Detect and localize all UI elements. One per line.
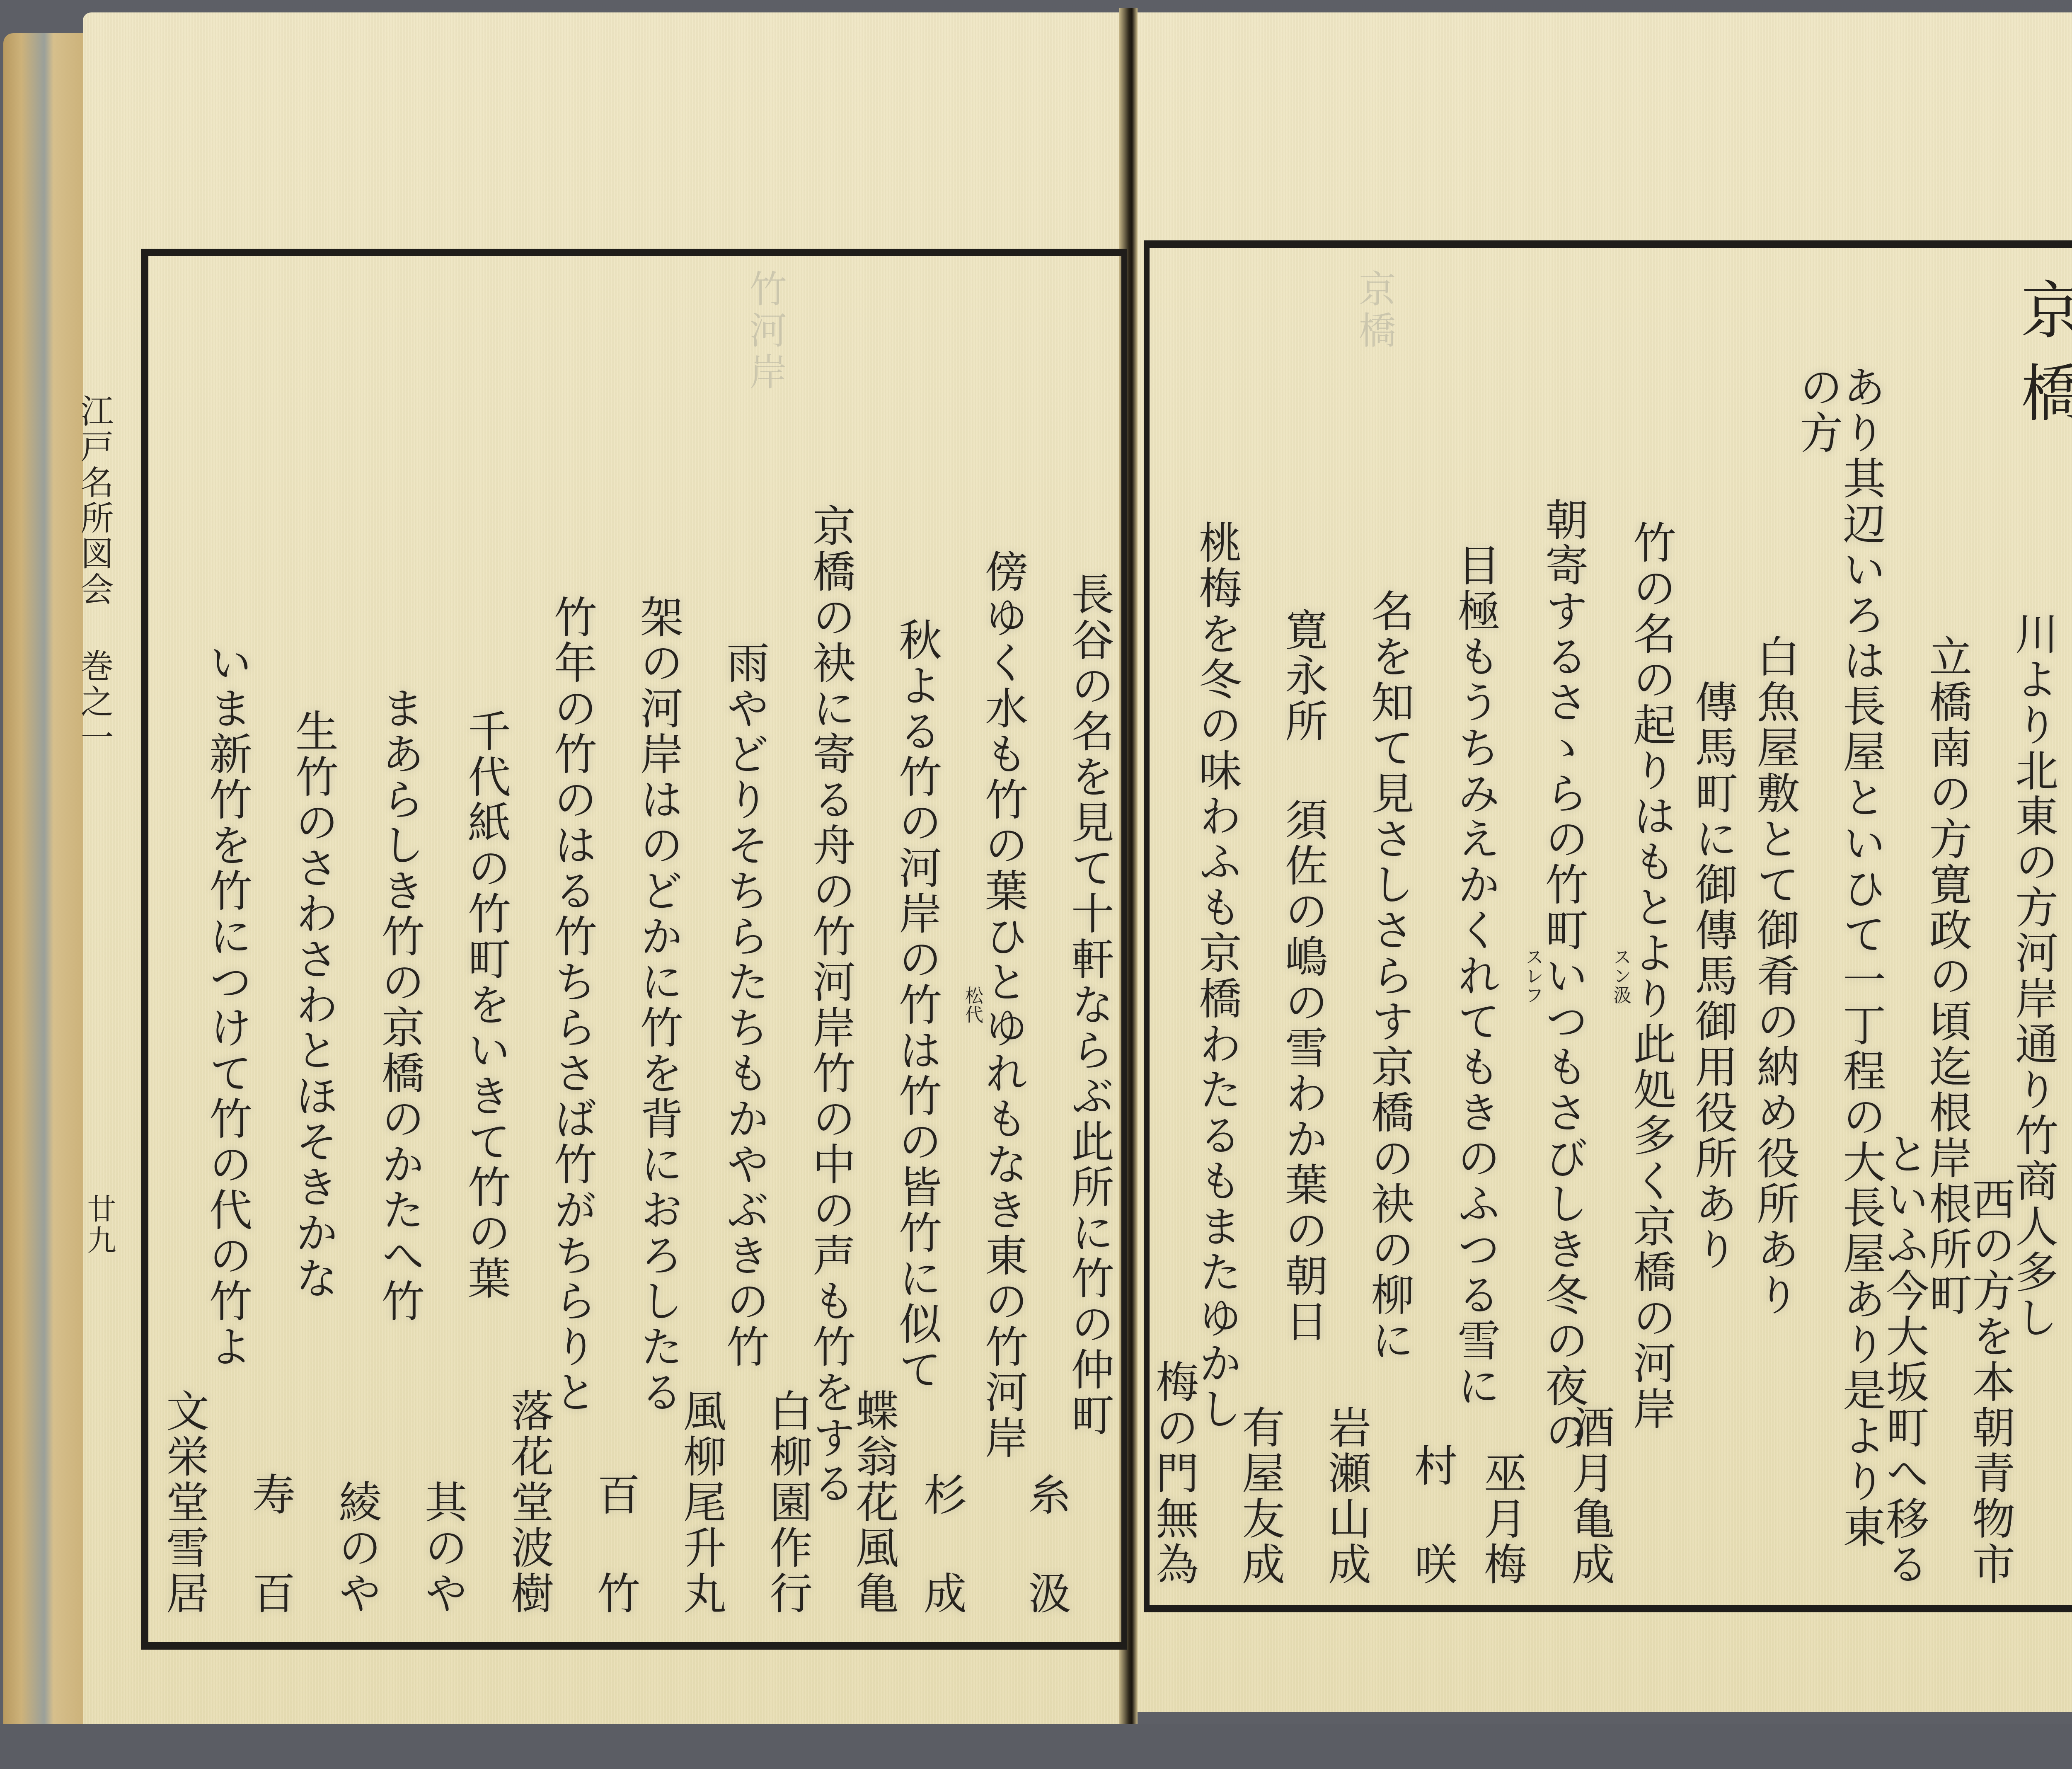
left-page-columns: 長谷の名を見て十軒ならぶ此所に竹の仲町糸 汲 傍ゆく水も竹の葉ひとゆれもなき東の… — [162, 394, 1111, 1616]
column-lower-text: 寿 百 — [249, 1472, 292, 1616]
column-text: あり其辺いろは長屋といひて一丁程の大長屋あり是より東の方 — [1796, 365, 1882, 1587]
column-lower-text: 風柳尾升丸 — [680, 1389, 723, 1616]
column-text: まあらしき竹の京橋のかたへ竹 — [378, 686, 421, 1324]
column-lower-text: 杉 成 — [920, 1472, 963, 1616]
text-column: 竹の名の起りはもとより此処多く京橋の河岸スン汲酒月亀成 — [1585, 365, 1673, 1587]
text-column: 長谷の名を見て十軒ならぶ此所に竹の仲町糸 汲 — [1024, 394, 1111, 1616]
text-column: 千代紙の竹町をいきて竹の葉其のや — [421, 394, 507, 1616]
column-text: 千代紙の竹町をいきて竹の葉 — [464, 709, 507, 1301]
text-column: 竹年の竹のはる竹ちらさば竹がちらりと落花堂波樹 — [507, 394, 593, 1616]
column-text: 架の河岸はのどかに竹を背におろしたる — [637, 595, 680, 1415]
text-column: 傳馬町に御傳馬御用役所あり — [1673, 365, 1734, 1587]
column-text: 生竹のさわさわとほそきかな — [292, 709, 335, 1301]
column-lower-text: 文栄堂雪居 — [162, 1389, 206, 1616]
column-text: 竹年の竹のはる竹ちらさば竹がちらりと — [550, 595, 593, 1415]
column-text: 秋よる竹の河岸の竹は竹の皆竹に似て — [895, 618, 938, 1393]
column-text: 名を知て見さしさらす京橋の袂の柳に — [1368, 589, 1411, 1364]
column-lower-text: 其のや — [421, 1480, 464, 1616]
text-column: 架の河岸はのどかに竹を背におろしたる百 竹 — [593, 394, 680, 1616]
column-text: 傳馬町に御傳馬御用役所あり — [1691, 680, 1734, 1272]
column-text: 竹の名の起りはもとより此処多く京橋の河岸 — [1629, 520, 1673, 1432]
column-text: 京橋の袂に寄る舟の竹河岸竹の中の声も竹をする — [809, 504, 852, 1507]
column-lower-text: 糸 汲 — [1024, 1472, 1067, 1616]
column-text: 白魚屋敷とて御肴の納め役所あり — [1753, 634, 1796, 1318]
text-column: 白魚屋敷とて御肴の納め役所あり — [1734, 365, 1796, 1587]
left-folio-number: 廿九 — [79, 1194, 121, 1257]
text-column: あり其辺いろは長屋といひて一丁程の大長屋あり是より東の方 — [1796, 365, 1882, 1587]
text-column: 名を知て見さしさらす京橋の袂の柳に岩瀬山成 — [1324, 365, 1411, 1587]
text-column: 朝寄するさゝらの竹町いつもさびしき冬の夜のスレフ巫月梅 — [1497, 365, 1585, 1587]
column-text: 朝寄するさゝらの竹町いつもさびしき冬の夜の — [1542, 497, 1585, 1455]
column-lower-text: 梅の門無為 — [1152, 1359, 1195, 1587]
column-lower-text: 岩瀬山成 — [1324, 1405, 1368, 1587]
book-spread: 竹河岸 京橋 江戸名所図会 巻之一 廿九 江戸名所図会 巻之一 十六 京橋 川よ… — [0, 0, 2072, 1769]
column-text: 川より北東の方河岸通り竹商人多し — [2011, 611, 2055, 1341]
column-lower-text: 綾のや — [335, 1480, 378, 1616]
right-page-columns: 川より北東の方河岸通り竹商人多し西の方を本朝青物市 立橋南の方寛政の頃迄根岸根所… — [1152, 365, 2072, 1587]
column-lower-text: 百 竹 — [593, 1472, 637, 1616]
left-page-stack — [3, 33, 94, 1737]
column-text: 目極もうちみえかくれてもきのふつる雪に — [1454, 543, 1497, 1409]
text-column: 傍ゆく水も竹の葉ひとゆれもなき東の竹河岸松代杉 成 — [938, 394, 1024, 1616]
text-column: 川より北東の方河岸通り竹商人多し西の方を本朝青物市 — [1968, 365, 2055, 1587]
column-lower-text: といふ今大坂町へ移る — [1882, 1132, 1925, 1587]
column-lower-text: 西の方を本朝青物市 — [1968, 1177, 2011, 1587]
text-column: 目極もうちみえかくれてもきのふつる雪に村 咲 — [1411, 365, 1497, 1587]
column-lower-text: 落花堂波樹 — [507, 1389, 550, 1616]
text-column: いま新竹を竹につけて竹の代の竹よ文栄堂雪居 — [162, 394, 249, 1616]
text-column: まあらしき竹の京橋のかたへ竹綾のや — [335, 394, 421, 1616]
text-column: 桃梅を冬の味わふも京橋わたるもまたゆかし梅の門無為 — [1152, 365, 1238, 1587]
column-ruby: 松代 — [963, 986, 981, 1024]
column-ruby: スレフ — [1523, 948, 1542, 1005]
column-lower-text: 巫月梅 — [1480, 1451, 1523, 1587]
text-column: 京橋の袂に寄る舟の竹河岸竹の中の声も竹をする白柳園作行 — [766, 394, 852, 1616]
column-lower-text: 村 咲 — [1411, 1443, 1454, 1587]
text-column: 立橋南の方寛政の頃迄根岸根所町といふ今大坂町へ移る — [1882, 365, 1968, 1587]
text-column: 生竹のさわさわとほそきかな寿 百 — [249, 394, 335, 1616]
column-text: 桃梅を冬の味わふも京橋わたるもまたゆかし — [1195, 520, 1238, 1432]
text-column: 寛永所 須佐の嶋の雪わか葉の朝日有屋友成 — [1238, 365, 1324, 1587]
text-column: 雨やどりそちらたちもかやぶきの竹風柳尾升丸 — [680, 394, 766, 1616]
column-text: 立橋南の方寛政の頃迄根岸根所町 — [1925, 634, 1968, 1318]
column-text: 長谷の名を見て十軒ならぶ此所に竹の仲町 — [1067, 572, 1111, 1438]
column-lower-text: 有屋友成 — [1238, 1405, 1281, 1587]
column-lower-text: 酒月亀成 — [1568, 1405, 1611, 1587]
column-lower-text: 白柳園作行 — [766, 1389, 809, 1616]
column-text: いま新竹を竹につけて竹の代の竹よ — [206, 640, 249, 1370]
column-ruby: スン汲 — [1611, 948, 1629, 1005]
column-text: 寛永所 須佐の嶋の雪わか葉の朝日 — [1281, 608, 1324, 1345]
background-surface — [0, 1724, 2072, 1769]
text-column: 秋よる竹の河岸の竹は竹の皆竹に似て蝶翁花風亀 — [852, 394, 938, 1616]
column-text: 傍ゆく水も竹の葉ひとゆれもなき東の竹河岸 — [981, 549, 1024, 1461]
column-text: 雨やどりそちらたちもかやぶきの竹 — [723, 640, 766, 1370]
left-margin-title: 江戸名所図会 巻之一 — [70, 394, 118, 756]
column-lower-text: 蝶翁花風亀 — [852, 1389, 895, 1616]
